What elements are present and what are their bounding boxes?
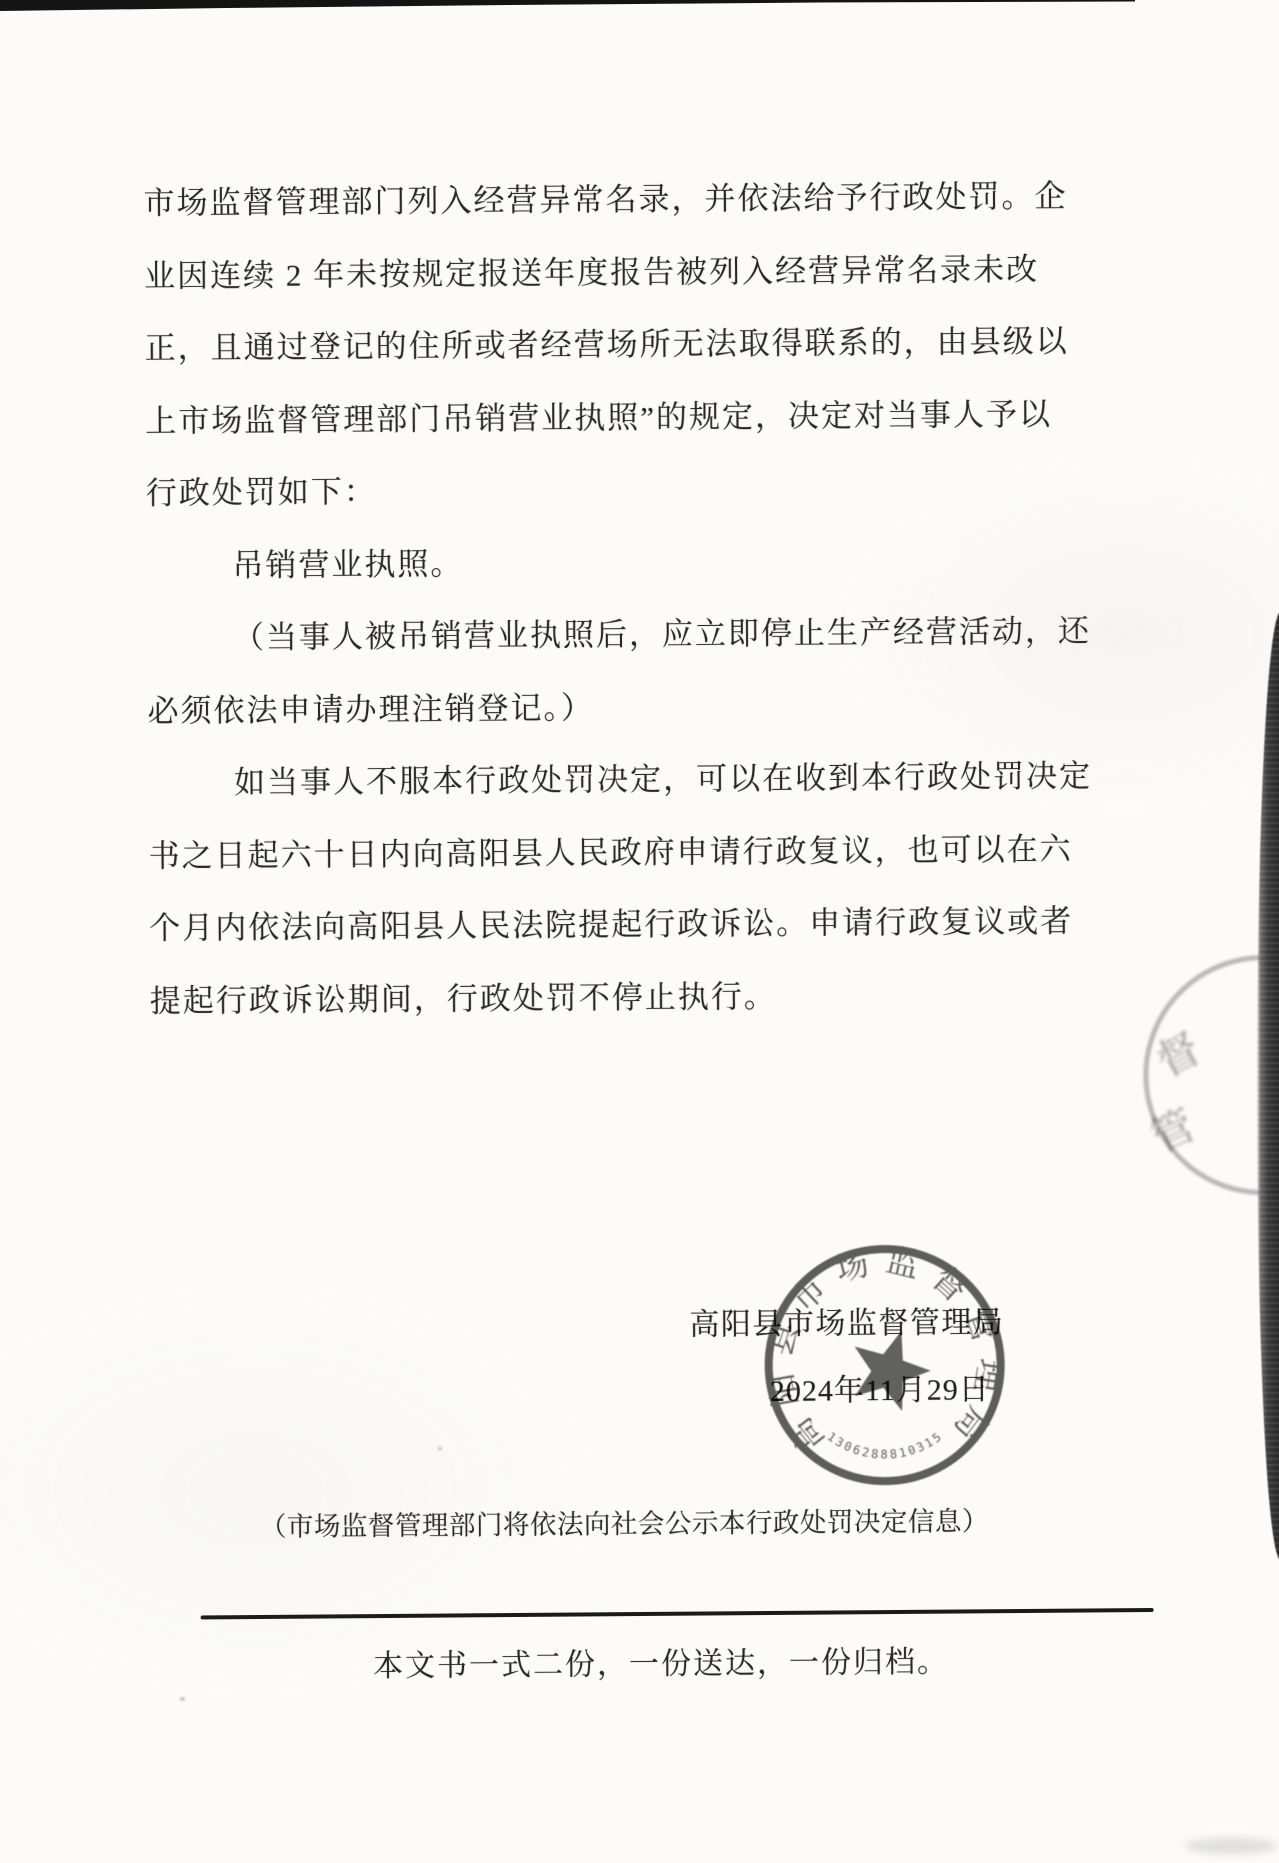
copies-note: 本文书一式二份，一份送达，一份归档。 <box>373 1637 949 1686</box>
body-line: 提起行政诉讼期间，行政处罚不停止执行。 <box>150 977 1090 1019</box>
document-sheet: 市场监督管理部门列入经营异常名录，并依法给予行政处罚。企 业因连续 2 年未按规… <box>0 0 1279 1863</box>
body-line: 如当事人不服本行政处罚决定，可以在收到本行政处罚决定 <box>148 759 1088 801</box>
body-line: 个月内依法向高阳县人民法院提起行政诉讼。申请行政复议或者 <box>149 904 1089 946</box>
body-line: 上市场监督管理部门吊销营业执照”的规定，决定对当事人予以 <box>145 397 1085 439</box>
seal-code-number: 1306288810315 <box>825 1428 946 1462</box>
ghost-seal-character: 管 <box>1140 1093 1203 1165</box>
public-disclosure-note: （市场监督管理部门将依法向社会公示本行政处罚决定信息） <box>260 1499 989 1544</box>
body-line: 正，且通过登记的住所或者经营场所无法取得联系的，由县级以 <box>145 324 1085 366</box>
footer-divider-line <box>201 1608 1154 1619</box>
scan-smudge <box>1185 1838 1277 1854</box>
penalty-line: 吊销营业执照。 <box>146 542 1086 584</box>
paper-speck <box>180 1697 185 1701</box>
svg-text:1306288810315: 1306288810315 <box>825 1428 946 1462</box>
svg-text:高阳县市场监督管理局: 高阳县市场监督管理局 <box>761 1241 1009 1460</box>
body-line: 行政处罚如下： <box>146 469 1086 511</box>
ghost-seal-character: 督 <box>1144 1016 1210 1089</box>
seal-star-icon <box>840 1319 939 1416</box>
body-line: （当事人被吊销营业执照后，应立即停止生产经营活动，还 <box>147 614 1087 656</box>
decision-body-text: 市场监督管理部门列入经营异常名录，并依法给予行政处罚。企 业因连续 2 年未按规… <box>143 179 1090 1056</box>
official-round-seal: 高阳县市场监督管理局 1306288810315 <box>754 1234 1016 1496</box>
body-line: 业因连续 2 年未按规定报送年度报告被列入经营异常名录未改 <box>144 252 1084 294</box>
body-line: 市场监督管理部门列入经营异常名录，并依法给予行政处罚。企 <box>143 179 1083 221</box>
seal-ring-text: 高阳县市场监督管理局 <box>761 1241 1009 1460</box>
scanned-penalty-decision-page: { "page": { "background": "#fcfbf8", "in… <box>0 0 1279 1863</box>
body-line: 必须依法申请办理注销登记。） <box>147 687 1087 729</box>
paper-speck <box>438 1447 442 1450</box>
body-line: 书之日起六十日内向高阳县人民政府申请行政复议，也可以在六 <box>149 832 1089 874</box>
